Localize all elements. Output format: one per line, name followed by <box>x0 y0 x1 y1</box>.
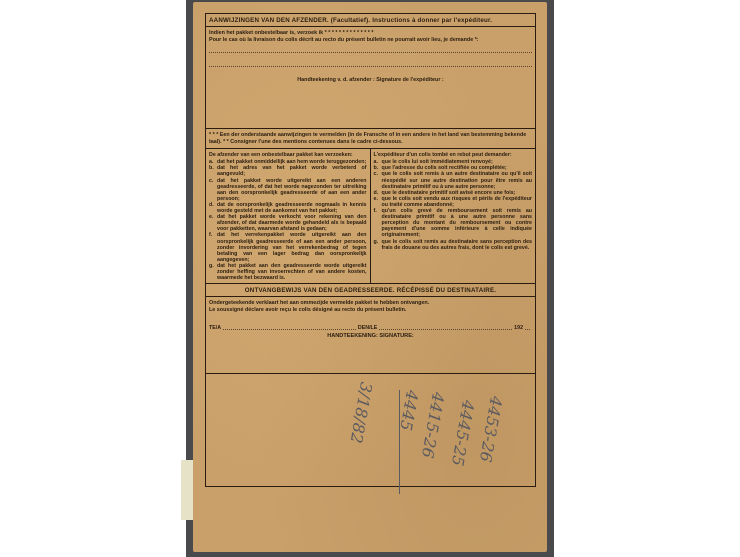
place-label: TE/A <box>209 325 221 331</box>
instruction-line-nl: Indien het pakket onbestelbaar is, verzo… <box>209 30 532 37</box>
option-item: g.dat het pakket aan den geadresseerde w… <box>209 263 367 281</box>
receipt-text-nl: Ondergeteekende verklaart het aan ommezi… <box>209 300 532 307</box>
instruction-line-fr: Pour le cas où la livraison du colis déc… <box>209 37 532 44</box>
option-key: f. <box>374 208 382 238</box>
option-item: c.dat het pakket worde uitgereikt aan ee… <box>209 178 367 202</box>
receipt-text-fr: Le soussigné déclare avoir reçu le colis… <box>209 307 532 314</box>
date-label: DEN/LE <box>358 325 377 331</box>
option-text: que le colis soit remis au destinataire … <box>382 239 533 251</box>
handwritten-number: 3/18/82 <box>347 381 376 445</box>
option-item: g.que le colis soit remis au destinatair… <box>374 239 533 251</box>
dotted-line <box>209 66 532 67</box>
option-text: dat het verrekenpakket worde uitgereikt … <box>217 232 367 262</box>
place-date-row: TE/A DEN/LE 192 <box>209 325 532 331</box>
form-frame: AANWIJZINGEN VAN DEN AFZENDER. (Facultat… <box>205 13 536 487</box>
option-item: d.dat de oorspronkelijk geadresseerde no… <box>209 202 367 214</box>
receipt-signature-label: HANDTEEKENING: SIGNATURE: <box>209 333 532 339</box>
option-item: e.dat het pakket worde verkocht voor rek… <box>209 214 367 232</box>
options-fr-intro: L'expéditeur d'un colis tombé en rebut p… <box>374 152 533 158</box>
option-text: dat het pakket worde verkocht voor reken… <box>217 214 367 232</box>
options-fr: L'expéditeur d'un colis tombé en rebut p… <box>371 149 536 283</box>
paper-tab <box>181 460 193 520</box>
sender-signature-label: Handteekening v. d. afzender : Signature… <box>209 77 532 83</box>
date-field <box>379 329 512 330</box>
option-key: g. <box>374 239 382 251</box>
option-key: e. <box>209 214 217 232</box>
options-nl-intro: De afzender van een onbestelbaar pakket … <box>209 152 367 158</box>
option-text: dat het pakket worde uitgereikt aan een … <box>217 178 367 202</box>
option-item: f.dat het verrekenpakket worde uitgereik… <box>209 232 367 262</box>
option-text: dat het adres van het pakket worde verbe… <box>217 165 367 177</box>
header-fr: (Facultatief). Instructions à donner par… <box>331 17 492 24</box>
instruction-note: * * * Een der onderstaande aanwijzingen … <box>206 129 535 149</box>
handwritten-number: 4415-26 <box>418 391 448 460</box>
option-text: que le colis soit vendu aux risques et p… <box>382 196 533 208</box>
handwritten-number: 4453-26 <box>476 395 506 464</box>
notes-box: 3/18/82 4445 4415-26 4445-25 4453-26 <box>206 374 535 486</box>
place-field <box>223 329 356 330</box>
receipt-header: ONTVANGBEWIJS VAN DEN GEADRESSEERDE. RÉC… <box>206 284 535 297</box>
handwritten-number: 4445 <box>396 389 422 432</box>
option-item: b.dat het adres van het pakket worde ver… <box>209 165 367 177</box>
option-key: d. <box>209 202 217 214</box>
options-columns: De afzender van een onbestelbaar pakket … <box>206 149 535 284</box>
parcel-bulletin-card: AANWIJZINGEN VAN DEN AFZENDER. (Facultat… <box>193 2 547 552</box>
option-key: f. <box>209 232 217 262</box>
option-key: g. <box>209 263 217 281</box>
option-text: qu'un colis grevé de remboursement soit … <box>382 208 533 238</box>
dotted-line <box>209 52 532 53</box>
option-key: e. <box>374 196 382 208</box>
option-item: f.qu'un colis grevé de remboursement soi… <box>374 208 533 238</box>
receipt-box: Ondergeteekende verklaart het aan ommezi… <box>206 297 535 370</box>
sender-instructions-header: AANWIJZINGEN VAN DEN AFZENDER. (Facultat… <box>206 14 535 27</box>
year-field <box>525 329 530 330</box>
sender-instructions-box: Indien het pakket onbestelbaar is, verzo… <box>206 27 535 129</box>
header-nl: AANWIJZINGEN VAN DEN AFZENDER. <box>209 17 329 24</box>
option-item: c.que le colis soit remis à un autre des… <box>374 171 533 189</box>
handwritten-number: 4445-25 <box>448 399 478 468</box>
option-key: c. <box>209 178 217 202</box>
year-label: 192 <box>514 325 523 331</box>
option-text: dat het pakket aan den geadresseerde wor… <box>217 263 367 281</box>
option-item: e.que le colis soit vendu aux risques et… <box>374 196 533 208</box>
option-key: b. <box>209 165 217 177</box>
option-text: dat de oorspronkelijk geadresseerde nogm… <box>217 202 367 214</box>
options-nl: De afzender van een onbestelbaar pakket … <box>206 149 371 283</box>
option-text: que le colis soit remis à un autre desti… <box>382 171 533 189</box>
option-key: c. <box>374 171 382 189</box>
